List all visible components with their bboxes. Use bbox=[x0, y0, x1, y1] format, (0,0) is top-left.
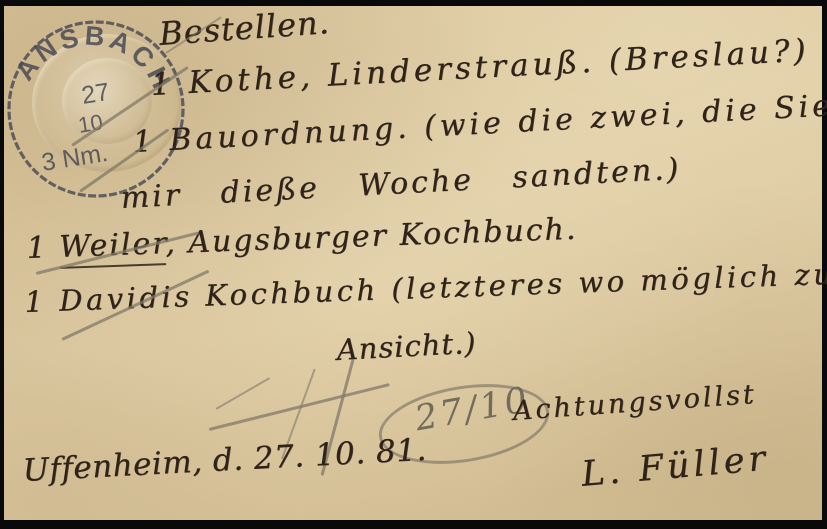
message-heading: Bestellen. bbox=[158, 6, 331, 50]
postmark-day: 27 bbox=[80, 78, 112, 110]
message-item2-line2: mir dieße Woche sandten.) bbox=[120, 155, 682, 214]
signature: L. Füller bbox=[580, 442, 770, 493]
message-item3-number: 1 bbox=[26, 230, 60, 266]
postcard-scan: ANSBACH 27 10 3 Nm. Bestellen. 1 Kothe, … bbox=[4, 6, 822, 520]
message-item2-line1: 1 Bauordnung. (wie die zwei, die Sie bbox=[132, 91, 827, 158]
pencil-scrawl-stroke bbox=[216, 377, 271, 410]
message-item4-line2: Ansicht.) bbox=[336, 329, 477, 365]
message-item4-line1: 1 Davidis Kochbuch (letzteres wo möglich… bbox=[24, 259, 827, 317]
closing-formula: Achtungsvollst bbox=[512, 381, 758, 425]
message-item3-rest: , Augsburger Kochbuch. bbox=[165, 212, 578, 261]
place-dateline: Uffenheim, d. 27. 10. 81. bbox=[22, 435, 427, 487]
